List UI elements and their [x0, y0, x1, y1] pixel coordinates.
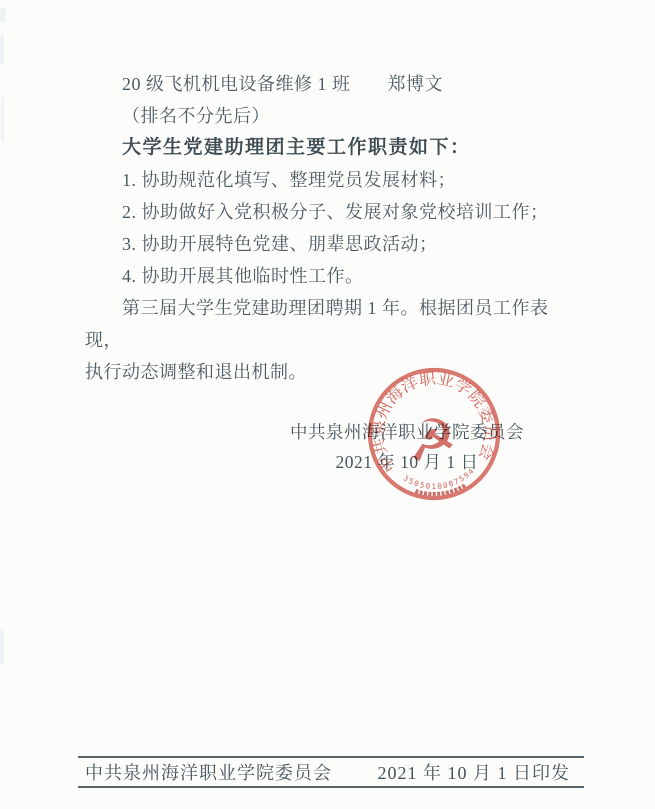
footer-bar: 中共泉州海洋职业学院委员会 2021 年 10 月 1 日印发 [78, 756, 584, 788]
scan-artifact [0, 8, 6, 22]
footer-print-date: 2021 年 10 月 1 日印发 [378, 759, 571, 785]
duty-item: 1. 协助规范化填写、整理党员发展材料； [85, 164, 585, 196]
scan-artifact [1, 96, 4, 142]
footer-issuer: 中共泉州海洋职业学院委员会 [85, 759, 332, 785]
scan-artifact [0, 630, 4, 664]
document-page: 20 级飞机机电设备维修 1 班 郑博文 （排名不分先后） 大学生党建助理团主要… [0, 0, 655, 809]
duty-item: 3. 协助开展特色党建、朋辈思政活动； [85, 228, 585, 260]
scan-artifact [0, 34, 4, 64]
duties-heading: 大学生党建助理团主要工作职责如下： [85, 132, 585, 164]
duty-item: 4. 协助开展其他临时性工作。 [85, 260, 585, 292]
hammer-sickle-icon: ☭ [403, 406, 461, 477]
closing-paragraph: 第三届大学生党建助理团聘期 1 年。根据团员工作表现， 执行动态调整和退出机制。 [85, 292, 585, 388]
duty-item: 2. 协助做好入党积极分子、发展对象党校培训工作； [85, 196, 585, 228]
document-body: 20 级飞机机电设备维修 1 班 郑博文 （排名不分先后） 大学生党建助理团主要… [85, 68, 585, 388]
roster-note-line: （排名不分先后） [85, 100, 585, 132]
official-seal: 中共泉州海洋职业学院委员会 ☭ 3505010007594 [353, 353, 516, 516]
roster-line: 20 级飞机机电设备维修 1 班 郑博文 [85, 68, 585, 100]
